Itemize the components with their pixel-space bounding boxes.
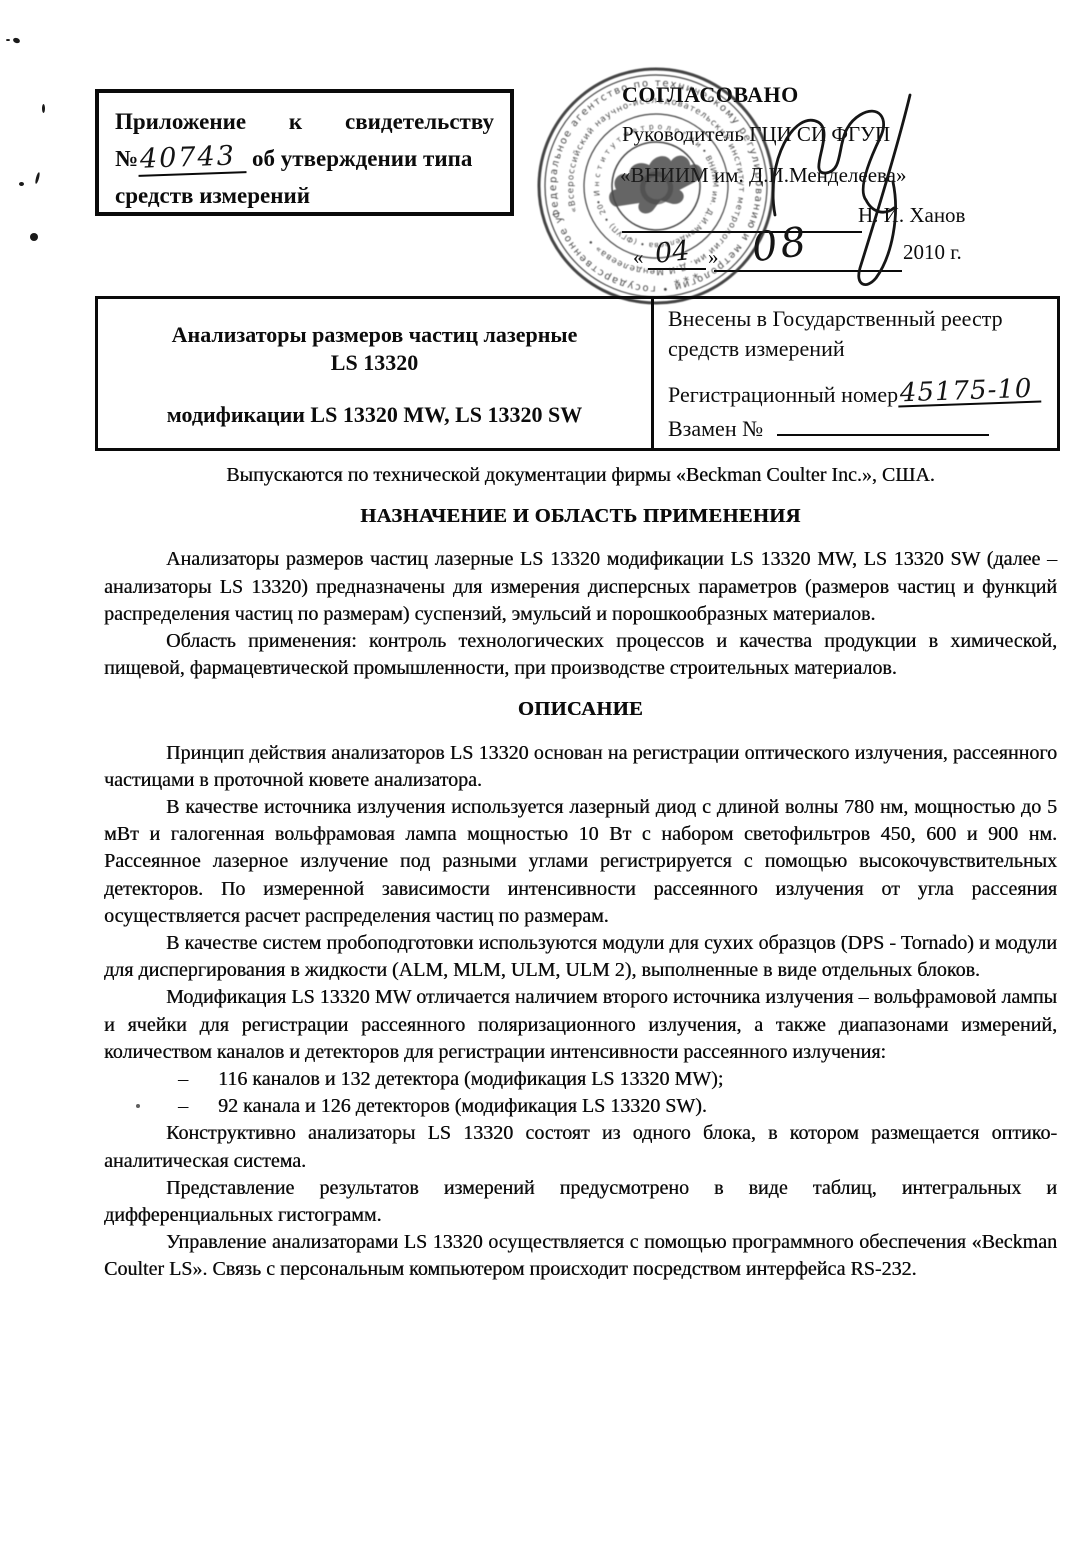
appendix-word: к	[289, 103, 302, 140]
paragraph-description-5: Конструктивно анализаторы LS 13320 состо…	[104, 1120, 1057, 1174]
ink-speck	[42, 104, 45, 113]
number-sign: №	[115, 146, 138, 171]
paragraph-description-7: Управление анализаторами LS 13320 осущес…	[104, 1229, 1057, 1283]
appendix-line-2-suffix: об утверждении типа	[252, 146, 472, 171]
registry-box-left-cell: Анализаторы размеров частиц лазерные LS …	[98, 299, 654, 448]
dash-marker: –	[178, 1066, 218, 1093]
appendix-box: Приложение к свидетельству №40743об утве…	[95, 89, 514, 216]
paragraph-description-3: В качестве систем пробоподготовки исполь…	[104, 930, 1057, 984]
list-item-text: 116 каналов и 132 детектора (модификация…	[218, 1066, 723, 1093]
registration-number-line: Регистрационный номер45175-10	[668, 380, 1051, 410]
ink-speck	[12, 37, 20, 44]
appendix-line-2: №40743об утверждении типа	[115, 140, 494, 177]
replace-number-blank	[777, 410, 989, 436]
appendix-word: свидетельству	[345, 103, 494, 140]
intro-paragraph: Выпускаются по технической документации …	[104, 462, 1057, 489]
handwritten-certificate-number: 40743	[138, 141, 247, 177]
eagle-emblem-icon	[601, 145, 709, 223]
registry-note-line-1: Внесены в Государственный реестр	[668, 304, 1051, 334]
list-item: – 92 канала и 126 детекторов (модификаци…	[104, 1093, 1057, 1120]
replace-label: Взамен №	[668, 416, 763, 441]
document-body: Выпускаются по технической документации …	[104, 462, 1057, 1284]
instrument-modifications: модификации LS 13320 MW, LS 13320 SW	[98, 401, 651, 429]
paragraph-description-1: Принцип действия анализаторов LS 13320 о…	[104, 740, 1057, 794]
section-heading-description: ОПИСАНИЕ	[104, 696, 1057, 723]
appendix-line-3: средств измерений	[115, 177, 494, 214]
ink-speck	[34, 172, 40, 184]
ink-speck	[19, 182, 24, 186]
dash-marker: –	[178, 1093, 218, 1120]
list-item: – 116 каналов и 132 детектора (модификац…	[104, 1066, 1057, 1093]
registry-note-line-2: средств измерений	[668, 334, 1051, 364]
paragraph-purpose-2: Область применения: контроль технологиче…	[104, 628, 1057, 682]
instrument-title-line-1: Анализаторы размеров частиц лазерные	[98, 321, 651, 349]
handwritten-registration-number: 45175-10	[898, 377, 1041, 408]
section-heading-purpose: НАЗНАЧЕНИЕ И ОБЛАСТЬ ПРИМЕНЕНИЯ	[104, 503, 1057, 530]
list-item-text: 92 канала и 126 детекторов (модификация …	[218, 1093, 707, 1120]
document-page: Приложение к свидетельству №40743об утве…	[0, 0, 1092, 1560]
channel-detector-list: – 116 каналов и 132 детектора (модификац…	[104, 1066, 1057, 1120]
registry-box-right-cell: Внесены в Государственный реестр средств…	[654, 299, 1057, 448]
instrument-title-line-2: LS 13320	[98, 349, 651, 377]
registry-box: Анализаторы размеров частиц лазерные LS …	[95, 296, 1060, 451]
appendix-word: Приложение	[115, 103, 246, 140]
registration-number-label: Регистрационный номер	[668, 382, 898, 407]
paragraph-purpose-1: Анализаторы размеров частиц лазерные LS …	[104, 546, 1057, 628]
replace-line: Взамен №	[668, 410, 1051, 444]
appendix-line-1: Приложение к свидетельству	[115, 103, 494, 140]
signature-stroke	[773, 111, 894, 215]
official-stamp-icon: Федеральное агентство по техническому ре…	[533, 63, 779, 309]
ink-speck	[30, 233, 38, 241]
paragraph-description-4: Модификация LS 13320 MW отличается налич…	[104, 984, 1057, 1066]
ink-speck	[6, 39, 10, 41]
paragraph-description-2: В качестве источника излучения используе…	[104, 794, 1057, 930]
paragraph-description-6: Представление результатов измерений пред…	[104, 1175, 1057, 1229]
